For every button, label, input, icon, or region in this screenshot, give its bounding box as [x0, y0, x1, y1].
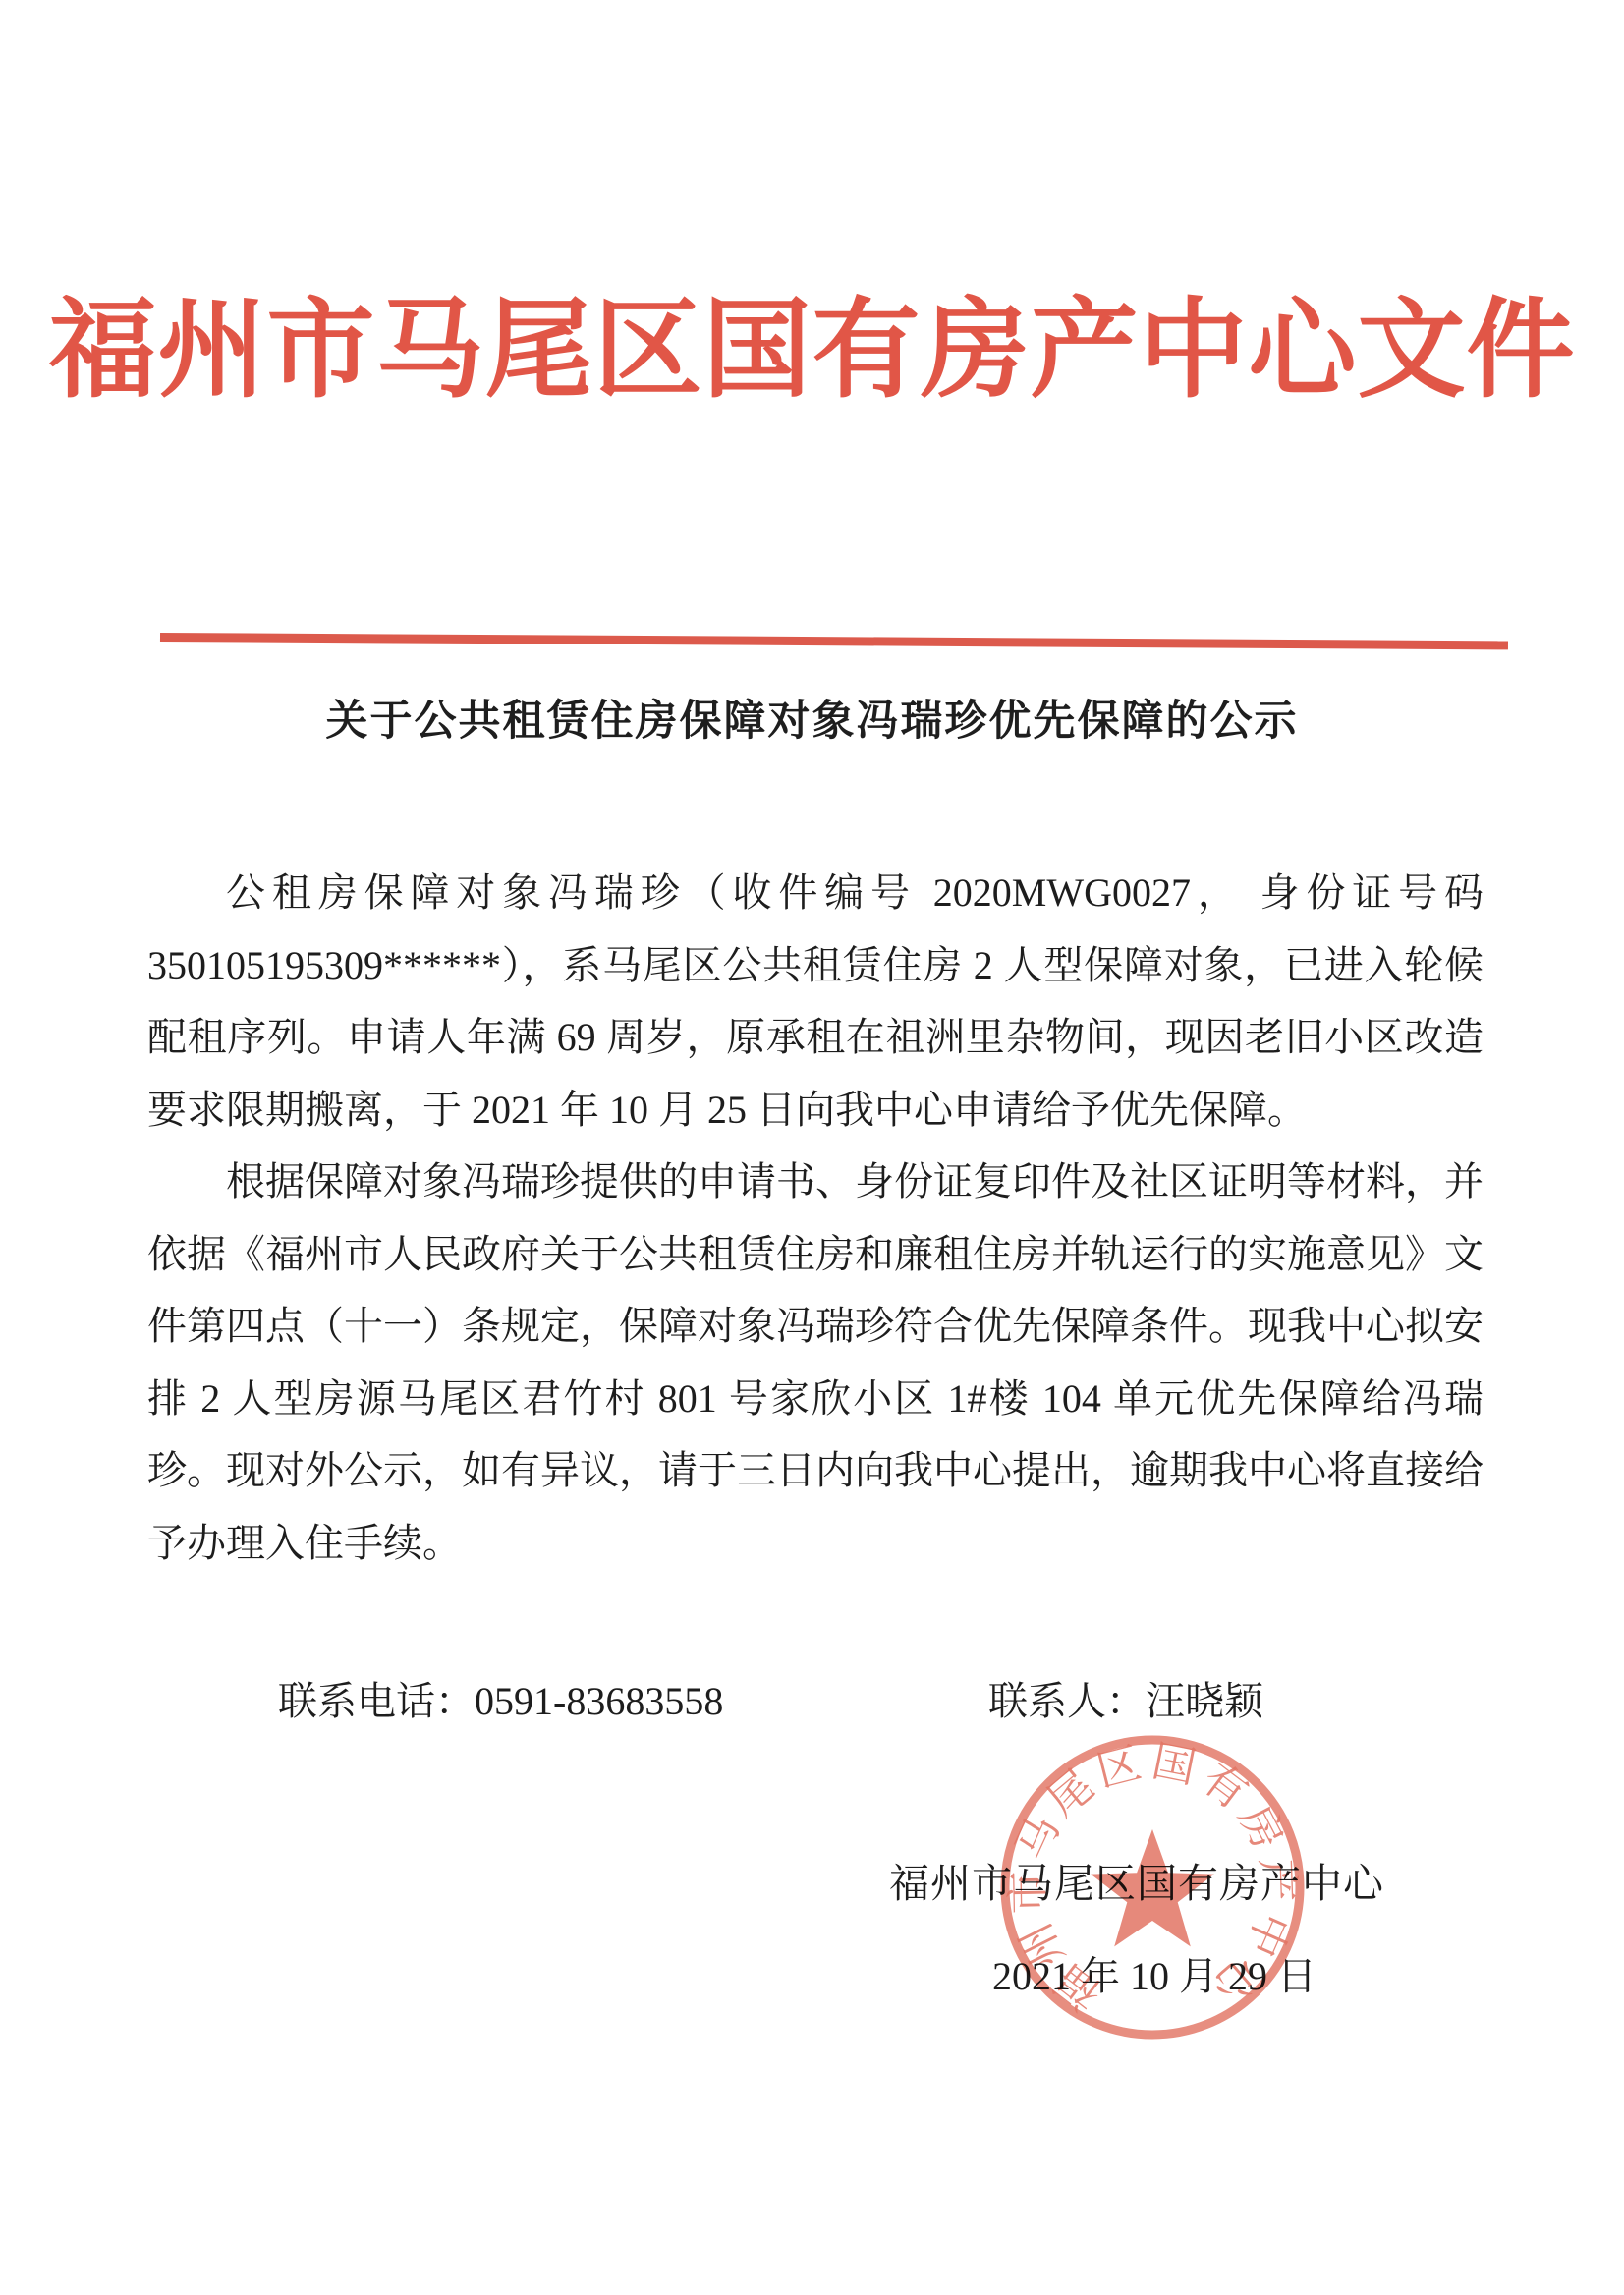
contact-row: 联系电话：0591-83683558 联系人：汪晓颖: [0, 1670, 1624, 1729]
contact-phone: 联系电话：0591-83683558: [278, 1670, 723, 1726]
red-letterhead-title: 福州市马尾区国有房产中心文件: [0, 263, 1624, 419]
contact-person-name: 汪晓颖: [1146, 1679, 1263, 1723]
red-divider-line: [160, 633, 1508, 649]
official-seal-stamp: 福州市马尾区国有房产中心: [994, 1729, 1311, 2045]
contact-person-label: 联系人：: [988, 1679, 1146, 1723]
contact-person: 联系人：汪晓颖: [988, 1670, 1263, 1726]
official-document-page: 福州市马尾区国有房产中心文件 关于公共租赁住房保障对象冯瑞珍优先保障的公示 公租…: [0, 0, 1624, 2295]
contact-phone-number: 0591-83683558: [475, 1679, 723, 1723]
body-paragraph-2: 根据保障对象冯瑞珍提供的申请书、身份证复印件及社区证明等材料，并依据《福州市人民…: [147, 1146, 1484, 1579]
contact-phone-label: 联系电话：: [278, 1679, 475, 1723]
red-star-icon: [1091, 1829, 1214, 1946]
document-title: 关于公共租赁住房保障对象冯瑞珍优先保障的公示: [0, 688, 1624, 748]
body-paragraph-1: 公租房保障对象冯瑞珍（收件编号 2020MWG0027， 身份证号码 35010…: [147, 857, 1484, 1146]
document-body: 公租房保障对象冯瑞珍（收件编号 2020MWG0027， 身份证号码 35010…: [147, 857, 1484, 1579]
